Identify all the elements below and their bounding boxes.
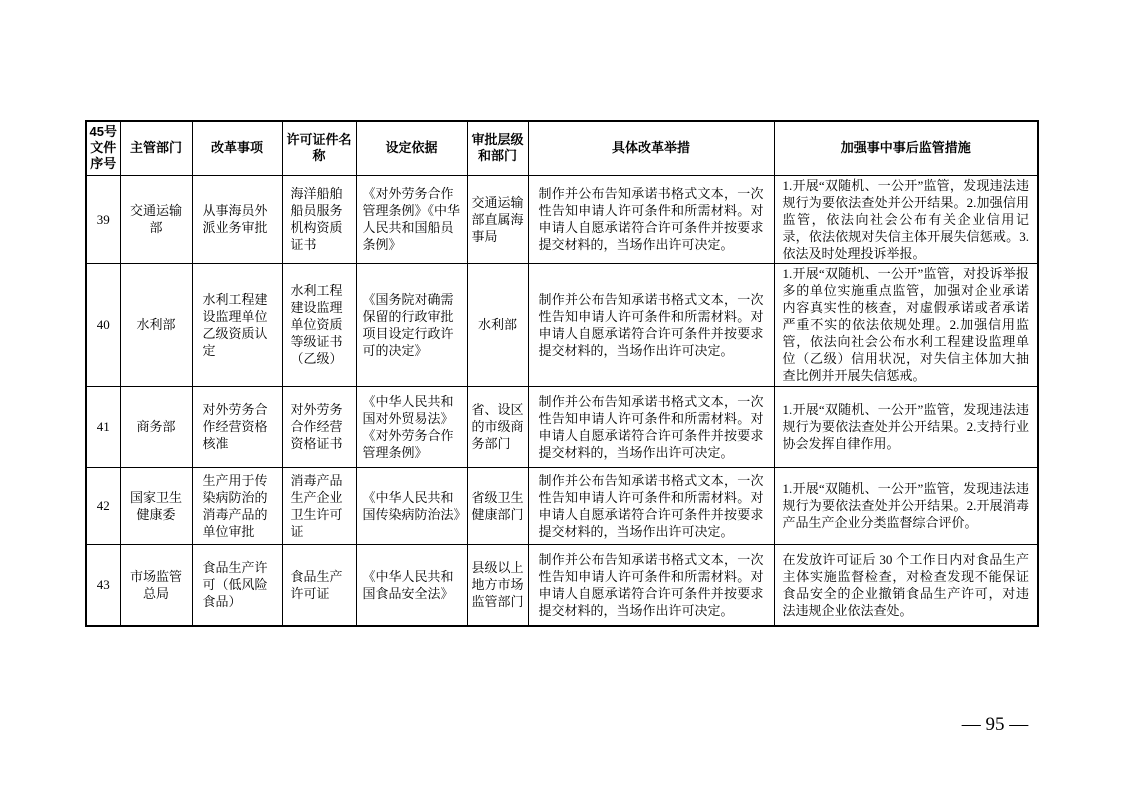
table-row: 42 国家卫生健康委 生产用于传染病防治的消毒产品的单位审批 消毒产品生产企业卫… bbox=[86, 467, 1038, 544]
cell-reform-measures: 制作并公布告知承诺书格式文本，一次性告知申请人许可条件和所需材料。对申请人自愿承… bbox=[528, 263, 774, 386]
cell-reform-measures: 制作并公布告知承诺书格式文本，一次性告知申请人许可条件和所需材料。对申请人自愿承… bbox=[528, 175, 774, 263]
cell-approval-level: 县级以上地方市场监管部门 bbox=[467, 544, 528, 626]
cell-legal-basis: 《中华人民共和国传染病防治法》 bbox=[356, 467, 467, 544]
cell-seq: 40 bbox=[86, 263, 120, 386]
cell-seq: 43 bbox=[86, 544, 120, 626]
cell-license-name: 消毒产品生产企业卫生许可证 bbox=[282, 467, 356, 544]
cell-department: 交通运输部 bbox=[120, 175, 192, 263]
cell-reform-measures: 制作并公布告知承诺书格式文本，一次性告知申请人许可条件和所需材料。对申请人自愿承… bbox=[528, 386, 774, 467]
cell-legal-basis: 《中华人民共和国食品安全法》 bbox=[356, 544, 467, 626]
cell-supervision-measures: 1.开展“双随机、一公开”监管，发现违法违规行为要依法查处并公开结果。2.支持行… bbox=[774, 386, 1038, 467]
cell-reform-item: 对外劳务合作经营资格核准 bbox=[192, 386, 282, 467]
cell-reform-item: 水利工程建设监理单位乙级资质认定 bbox=[192, 263, 282, 386]
header-department: 主管部门 bbox=[120, 121, 192, 175]
cell-license-name: 食品生产许可证 bbox=[282, 544, 356, 626]
cell-seq: 41 bbox=[86, 386, 120, 467]
table-row: 43 市场监管总局 食品生产许可（低风险食品） 食品生产许可证 《中华人民共和国… bbox=[86, 544, 1038, 626]
cell-license-name: 水利工程建设监理单位资质等级证书（乙级） bbox=[282, 263, 356, 386]
header-seq: 45号文件序号 bbox=[86, 121, 120, 175]
cell-supervision-measures: 1.开展“双随机、一公开”监管，对投诉举报多的单位实施重点监管，加强对企业承诺内… bbox=[774, 263, 1038, 386]
cell-legal-basis: 《对外劳务合作管理条例》《中华人民共和国船员条例》 bbox=[356, 175, 467, 263]
header-license-name: 许可证件名称 bbox=[282, 121, 356, 175]
table-header-row: 45号文件序号 主管部门 改革事项 许可证件名称 设定依据 审批层级和部门 具体… bbox=[86, 121, 1038, 175]
header-reform-measures: 具体改革举措 bbox=[528, 121, 774, 175]
cell-reform-measures: 制作并公布告知承诺书格式文本，一次性告知申请人许可条件和所需材料。对申请人自愿承… bbox=[528, 467, 774, 544]
cell-reform-measures: 制作并公布告知承诺书格式文本，一次性告知申请人许可条件和所需材料。对申请人自愿承… bbox=[528, 544, 774, 626]
table-row: 40 水利部 水利工程建设监理单位乙级资质认定 水利工程建设监理单位资质等级证书… bbox=[86, 263, 1038, 386]
table-row: 39 交通运输部 从事海员外派业务审批 海洋船舶船员服务机构资质证书 《对外劳务… bbox=[86, 175, 1038, 263]
cell-approval-level: 省、设区的市级商务部门 bbox=[467, 386, 528, 467]
cell-legal-basis: 《国务院对确需保留的行政审批项目设定行政许可的决定》 bbox=[356, 263, 467, 386]
cell-reform-item: 食品生产许可（低风险食品） bbox=[192, 544, 282, 626]
table-row: 41 商务部 对外劳务合作经营资格核准 对外劳务合作经营资格证书 《中华人民共和… bbox=[86, 386, 1038, 467]
page-number: — 95 — bbox=[945, 713, 1045, 737]
cell-department: 商务部 bbox=[120, 386, 192, 467]
header-reform-item: 改革事项 bbox=[192, 121, 282, 175]
cell-supervision-measures: 1.开展“双随机、一公开”监管，发现违法违规行为要依法查处并公开结果。2.开展消… bbox=[774, 467, 1038, 544]
header-legal-basis: 设定依据 bbox=[356, 121, 467, 175]
cell-department: 水利部 bbox=[120, 263, 192, 386]
cell-approval-level: 水利部 bbox=[467, 263, 528, 386]
cell-seq: 39 bbox=[86, 175, 120, 263]
header-approval-level: 审批层级和部门 bbox=[467, 121, 528, 175]
cell-reform-item: 从事海员外派业务审批 bbox=[192, 175, 282, 263]
cell-approval-level: 交通运输部直属海事局 bbox=[467, 175, 528, 263]
document-page: 45号文件序号 主管部门 改革事项 许可证件名称 设定依据 审批层级和部门 具体… bbox=[0, 0, 1122, 793]
cell-approval-level: 省级卫生健康部门 bbox=[467, 467, 528, 544]
cell-seq: 42 bbox=[86, 467, 120, 544]
cell-supervision-measures: 1.开展“双随机、一公开”监管，发现违法违规行为要依法查处并公开结果。2.加强信… bbox=[774, 175, 1038, 263]
cell-license-name: 海洋船舶船员服务机构资质证书 bbox=[282, 175, 356, 263]
cell-supervision-measures: 在发放许可证后 30 个工作日内对食品生产主体实施监督检查，对检查发现不能保证食… bbox=[774, 544, 1038, 626]
header-supervision-measures: 加强事中事后监管措施 bbox=[774, 121, 1038, 175]
reform-table: 45号文件序号 主管部门 改革事项 许可证件名称 设定依据 审批层级和部门 具体… bbox=[85, 120, 1039, 627]
cell-reform-item: 生产用于传染病防治的消毒产品的单位审批 bbox=[192, 467, 282, 544]
cell-license-name: 对外劳务合作经营资格证书 bbox=[282, 386, 356, 467]
cell-department: 国家卫生健康委 bbox=[120, 467, 192, 544]
cell-legal-basis: 《中华人民共和国对外贸易法》《对外劳务合作管理条例》 bbox=[356, 386, 467, 467]
cell-department: 市场监管总局 bbox=[120, 544, 192, 626]
